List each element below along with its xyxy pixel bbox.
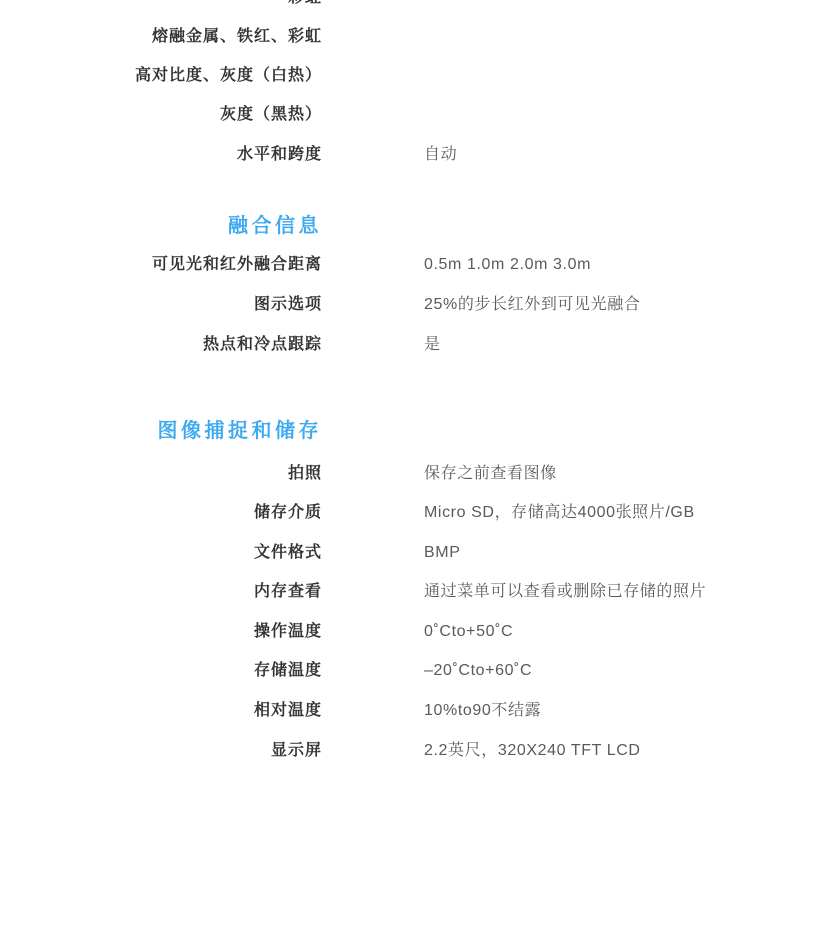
spec-label: 熔融金属、铁红、彩虹 (0, 27, 322, 47)
spec-label: 显示屏 (0, 741, 322, 761)
spec-value: Micro SD，存储高达4000张照片/GB (424, 503, 695, 523)
spec-row-fusion-distance: 可见光和红外融合距离 0.5m 1.0m 2.0m 3.0m (0, 255, 822, 275)
spec-row-palette-clipped: 彩虹 (0, 0, 822, 8)
spec-label: 文件格式 (0, 543, 322, 563)
spec-row-palette-2: 高对比度、灰度（白热） (0, 66, 822, 86)
spec-row-display-screen: 显示屏 2.2英尺，320X240 TFT LCD (0, 741, 822, 761)
spec-row-storage-media: 储存介质 Micro SD，存储高达4000张照片/GB (0, 503, 822, 523)
spec-value: 10%to90不结露 (424, 701, 541, 721)
spec-row-palette-1: 熔融金属、铁红、彩虹 (0, 27, 822, 47)
spec-row-palette-3: 灰度（黑热） (0, 105, 822, 125)
spec-value: 通过菜单可以查看或删除已存储的照片 (424, 582, 706, 602)
spec-label: 图示选项 (0, 295, 322, 315)
spec-value: 0˚Cto+50˚C (424, 622, 513, 642)
spec-label: 存储温度 (0, 661, 322, 681)
spec-value: 自动 (424, 145, 457, 165)
spec-label: 内存查看 (0, 582, 322, 602)
spec-label: 相对温度 (0, 701, 322, 721)
spec-label: 可见光和红外融合距离 (0, 255, 322, 275)
spec-value: 保存之前查看图像 (424, 464, 557, 484)
spec-value: BMP (424, 543, 460, 563)
spec-row-file-format: 文件格式 BMP (0, 543, 822, 563)
spec-label: 操作温度 (0, 622, 322, 642)
spec-label: 彩虹 (0, 0, 322, 8)
spec-label: 水平和跨度 (0, 145, 322, 165)
spec-label: 拍照 (0, 464, 322, 484)
spec-row-hot-cold-tracking: 热点和冷点跟踪 是 (0, 335, 822, 355)
spec-row-storage-temperature: 存储温度 –20˚Cto+60˚C (0, 661, 822, 681)
spec-value: –20˚Cto+60˚C (424, 661, 532, 681)
spec-label: 储存介质 (0, 503, 322, 523)
spec-row-display-options: 图示选项 25%的步长红外到可见光融合 (0, 295, 822, 315)
section-heading-fusion-info: 融合信息 (0, 214, 322, 238)
spec-value: 2.2英尺，320X240 TFT LCD (424, 741, 641, 761)
spec-row-photo: 拍照 保存之前查看图像 (0, 464, 822, 484)
spec-row-operating-temperature: 操作温度 0˚Cto+50˚C (0, 622, 822, 642)
spec-row-memory-review: 内存查看 通过菜单可以查看或删除已存储的照片 (0, 582, 822, 602)
spec-label: 灰度（黑热） (0, 105, 322, 125)
spec-value: 是 (424, 335, 441, 355)
spec-label: 热点和冷点跟踪 (0, 335, 322, 355)
spec-label: 高对比度、灰度（白热） (0, 66, 322, 86)
spec-row-level-span: 水平和跨度 自动 (0, 145, 822, 165)
spec-row-relative-humidity: 相对温度 10%to90不结露 (0, 701, 822, 721)
spec-sheet-page: 彩虹 熔融金属、铁红、彩虹 高对比度、灰度（白热） 灰度（黑热） 水平和跨度 自… (0, 0, 822, 950)
spec-value: 0.5m 1.0m 2.0m 3.0m (424, 255, 591, 275)
section-heading-image-capture-storage: 图像捕捉和储存 (0, 419, 322, 443)
spec-value: 25%的步长红外到可见光融合 (424, 295, 640, 315)
